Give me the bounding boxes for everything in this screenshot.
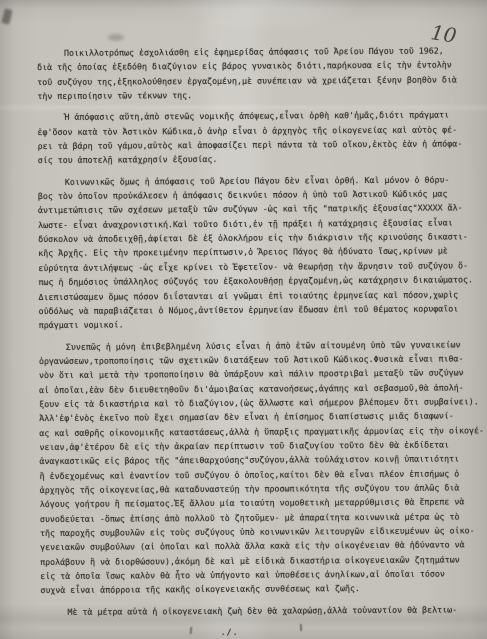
bottom-crease-tick bbox=[300, 624, 302, 631]
text-line: τοῦ συζύγου της,ἐξηκολούθησεν ἐργαζομένη… bbox=[37, 72, 473, 89]
paragraphs-container: Ποικιλλοτρόπως ἐσχολιάσθη εἰς ἐφημερίδας… bbox=[37, 43, 476, 619]
text-line: Μὲ τὰ μέτρα αὐτὰ ἡ οἰκογενειακὴ ζωὴ δὲν … bbox=[40, 602, 476, 619]
corner-smudge-mark bbox=[1, 8, 12, 24]
paragraph: Μὲ τὰ μέτρα αὐτὰ ἡ οἰκογενειακὴ ζωὴ δὲν … bbox=[40, 602, 476, 619]
typed-text: Ποικιλλοτρόπως ἐσχολιάσθη εἰς ἐφημερίδας… bbox=[37, 43, 477, 639]
paragraph: Κοινωνικῶς ὅμως ἡ ἀπόφασις τοῦ Ἀρείου Πά… bbox=[38, 172, 475, 332]
scanned-document-page: 10 Ποικιλλοτρόπως ἐσχολιάσθη εἰς ἐφημερί… bbox=[0, 0, 487, 639]
text-line: πράγματι νομικοί. bbox=[39, 316, 475, 333]
text-line: οὐδόλως νὰ παραβιάζεται ὁ Νόμος,ἀντίθετο… bbox=[39, 301, 475, 318]
paragraph: Συνεπῶς ἡ μόνη ἐπιβεβλημένη λύσις εἶναι … bbox=[39, 337, 477, 598]
text-line: σίς του ἀποτελῇ κατάχρησίν ἐξουσίας. bbox=[38, 151, 474, 168]
continuation-mark: ./. bbox=[41, 623, 477, 639]
paragraph: Ἡ ἀπόφασις αὕτη,ἀπὸ στενῶς νομικῆς ἀπόψε… bbox=[37, 108, 473, 168]
text-line: τὴν περιποίησιν τῶν τέκνων της. bbox=[37, 86, 473, 103]
faint-smudge-mark bbox=[108, 34, 124, 41]
paragraph: Ποικιλλοτρόπως ἐσχολιάσθη εἰς ἐφημερίδας… bbox=[37, 43, 473, 103]
text-line: συχνὰ εἶναι ἀπόρροια τῆς κακῆς οἰκογενει… bbox=[40, 581, 476, 598]
